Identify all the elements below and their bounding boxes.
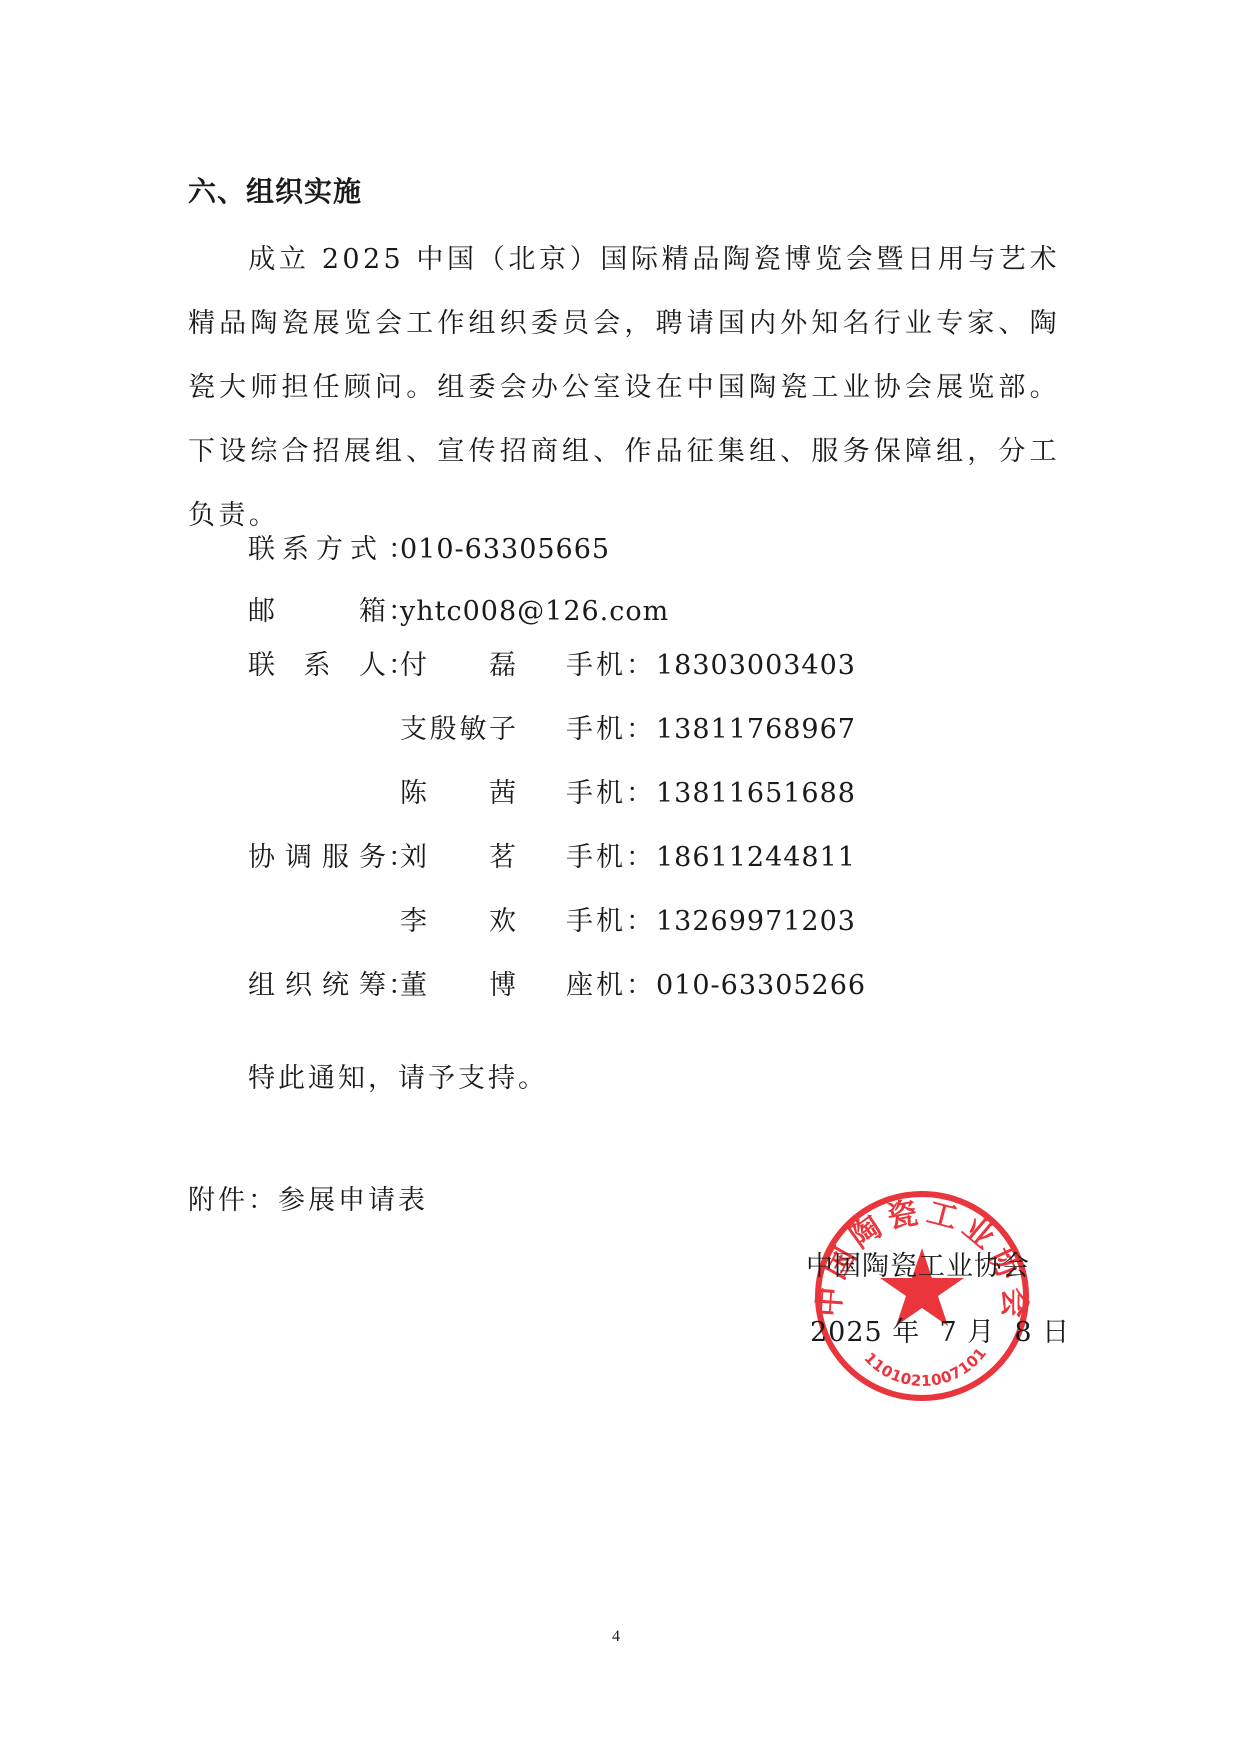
phone-number: 18611244811 (656, 838, 856, 878)
contact-email-value[interactable]: yhtc008@126.com (400, 592, 669, 632)
signature-date: 2025 年 7 月 8 日 (810, 1310, 1070, 1349)
paragraph-text: 成立 2025 中国（北京）国际精品陶瓷博览会暨日用与艺术精品陶瓷展览会工作组织… (188, 244, 1060, 531)
group-label-coordination: 协调服务 (248, 838, 398, 878)
group-label-coordination-overall: 组织统筹 (248, 966, 398, 1006)
person-name: 董博 (400, 966, 516, 1006)
phone-number: 010-63305266 (656, 966, 866, 1006)
phone-number: 13811651688 (656, 774, 856, 814)
phone-type-label: 手机： (566, 902, 656, 942)
attachment-note: 附件：参展申请表 (188, 1178, 428, 1217)
phone-type-label: 手机： (566, 838, 656, 878)
contact-phone-label: 联系方式 (248, 530, 398, 570)
person-name: 陈茜 (400, 774, 516, 814)
signature-organization: 中国陶瓷工业协会 (806, 1244, 1030, 1283)
document-page: 六、组织实施 成立 2025 中国（北京）国际精品陶瓷博览会暨日用与艺术精品陶瓷… (0, 0, 1240, 1753)
group-label-contacts: 联系人 (248, 646, 398, 686)
phone-type-label: 手机： (566, 646, 656, 686)
closing-remark: 特此通知，请予支持。 (248, 1056, 548, 1095)
phone-type-label: 手机： (566, 774, 656, 814)
official-seal-icon: 中国陶瓷工业协会 11010210071012 (808, 1186, 1034, 1406)
phone-type-label: 座机： (566, 966, 656, 1006)
phone-type-label: 手机： (566, 710, 656, 750)
person-name: 李欢 (400, 902, 516, 942)
phone-number: 13269971203 (656, 902, 856, 942)
person-name: 付磊 (400, 646, 516, 686)
contact-phone-value: 010-63305665 (400, 530, 610, 570)
person-name: 刘茗 (400, 838, 516, 878)
section-heading: 六、组织实施 (188, 170, 362, 210)
body-paragraph: 成立 2025 中国（北京）国际精品陶瓷博览会暨日用与艺术精品陶瓷展览会工作组织… (188, 228, 1060, 548)
page-number: 4 (612, 1628, 620, 1646)
contact-email-label: 邮箱 (248, 592, 398, 632)
phone-number: 13811768967 (656, 710, 856, 750)
person-name: 支殷敏子 (400, 710, 516, 750)
phone-number: 18303003403 (656, 646, 856, 686)
